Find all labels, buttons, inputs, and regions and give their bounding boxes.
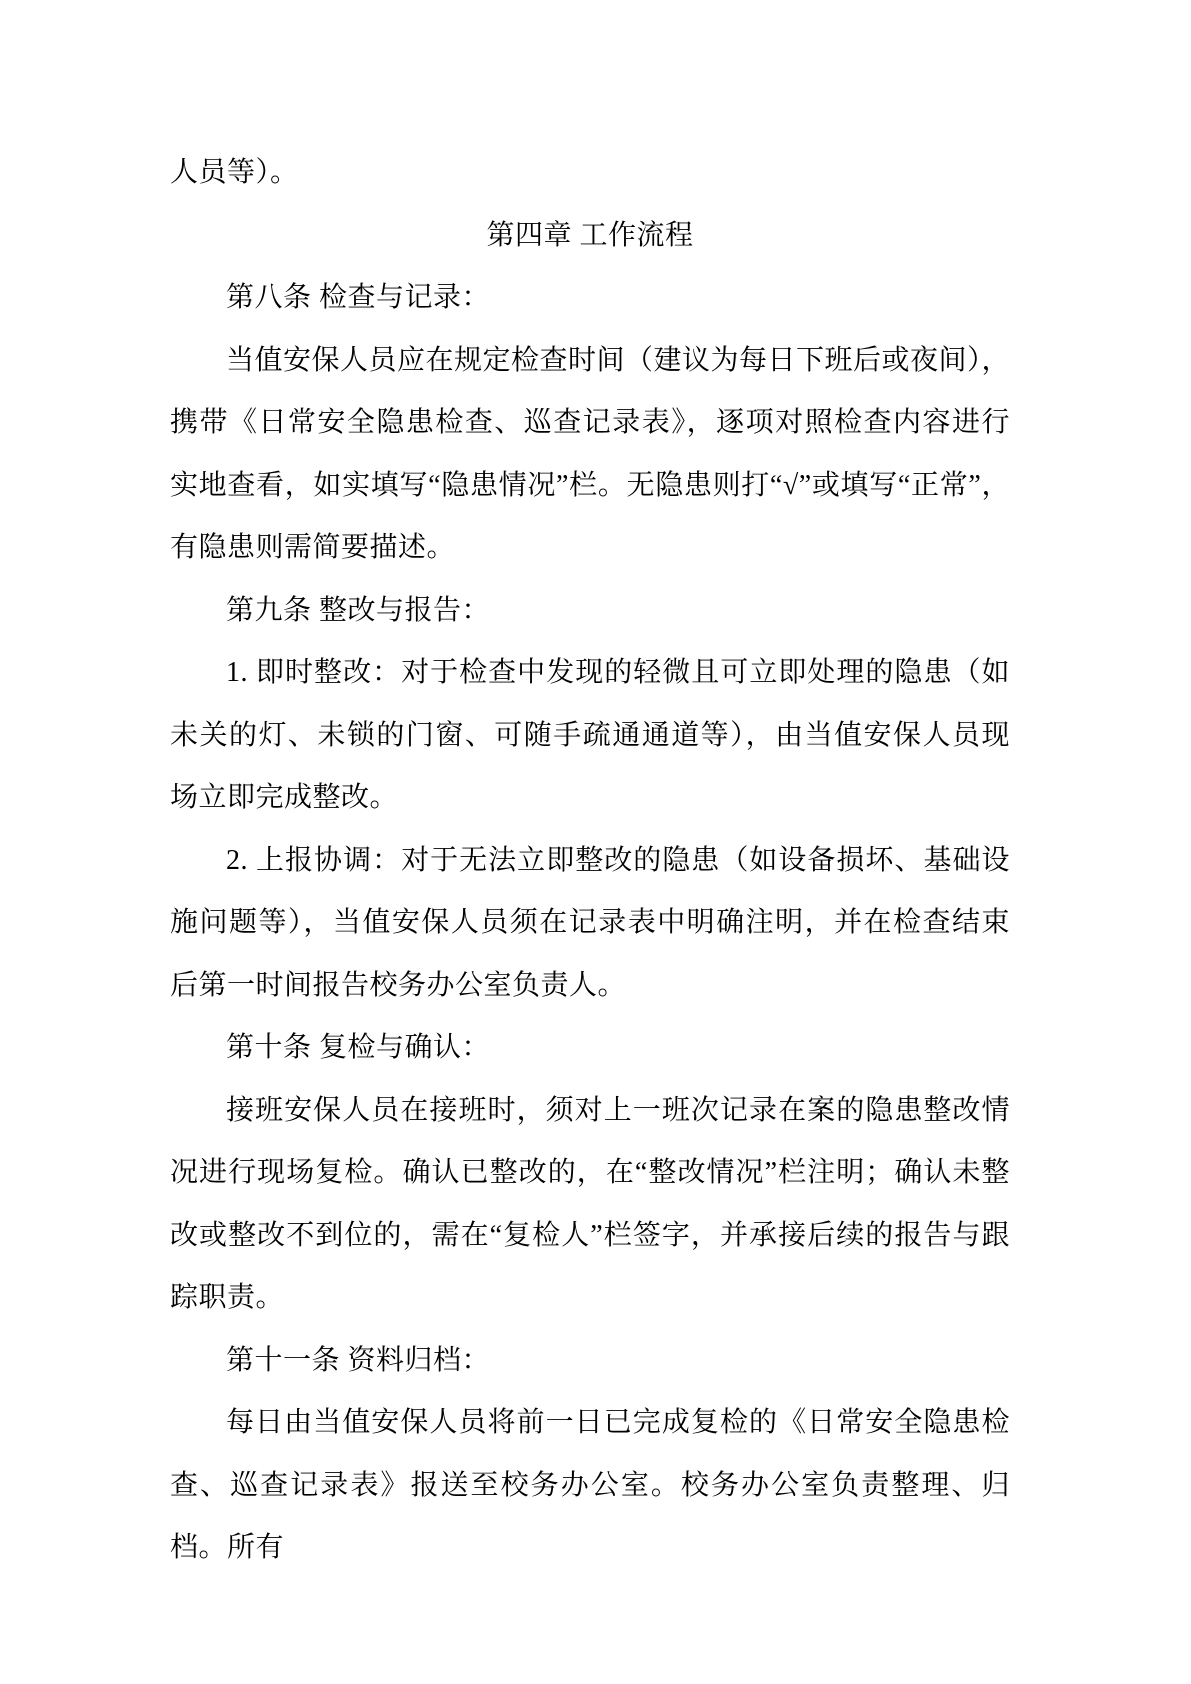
article-10-body: 接班安保人员在接班时，须对上一班次记录在案的隐患整改情况进行现场复检。确认已整改… — [170, 1080, 1010, 1330]
article-8-body: 当值安保人员应在规定检查时间（建议为每日下班后或夜间），携带《日常安全隐患检查、… — [170, 330, 1010, 580]
article-11-heading: 第十一条 资料归档： — [170, 1330, 1010, 1393]
article-11-body: 每日由当值安保人员将前一日已完成复检的《日常安全隐患检查、巡查记录表》报送至校务… — [170, 1392, 1010, 1580]
article-9-item-1: 1. 即时整改：对于检查中发现的轻微且可立即处理的隐患（如未关的灯、未锁的门窗、… — [170, 642, 1010, 830]
article-9-item-2: 2. 上报协调：对于无法立即整改的隐患（如设备损坏、基础设施问题等），当值安保人… — [170, 830, 1010, 1018]
article-8-heading: 第八条 检查与记录： — [170, 267, 1010, 330]
document-page: 人员等）。 第四章 工作流程 第八条 检查与记录： 当值安保人员应在规定检查时间… — [170, 142, 1010, 1580]
paragraph-continuation: 人员等）。 — [170, 142, 1010, 205]
article-10-heading: 第十条 复检与确认： — [170, 1017, 1010, 1080]
chapter-heading: 第四章 工作流程 — [170, 205, 1010, 268]
article-9-heading: 第九条 整改与报告： — [170, 580, 1010, 643]
